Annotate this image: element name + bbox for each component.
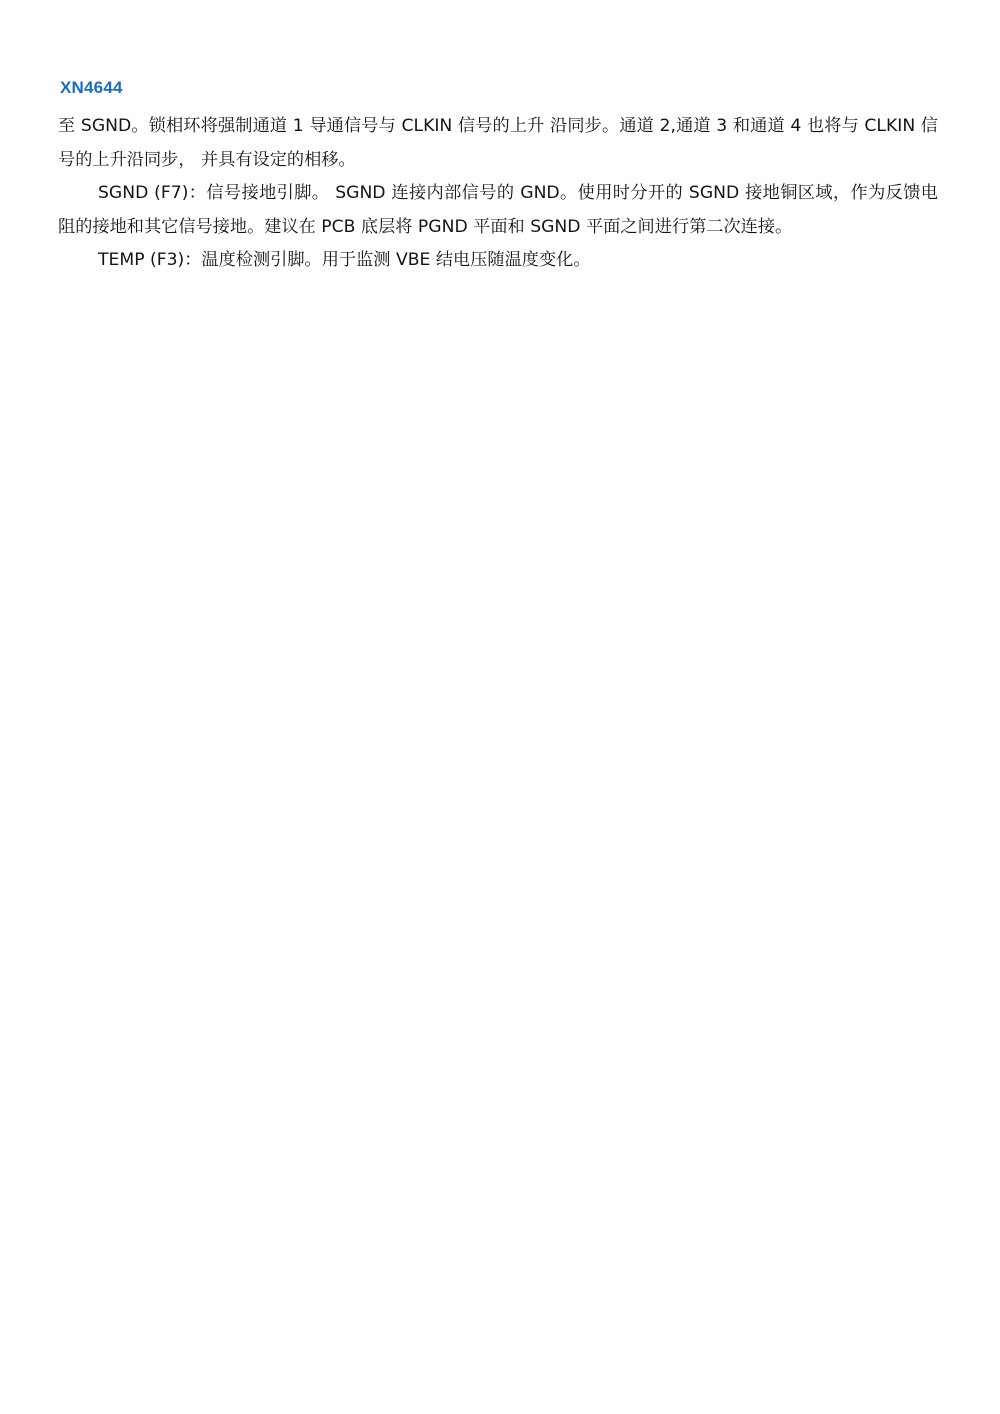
paragraph-sgnd-pin: SGND (F7)：信号接地引脚。 SGND 连接内部信号的 GND。使用时分开…: [58, 177, 938, 244]
pin-description-body: 至 SGND。锁相环将强制通道 1 导通信号与 CLKIN 信号的上升 沿同步。…: [58, 110, 938, 278]
document-page: XN4644 至 SGND。锁相环将强制通道 1 导通信号与 CLKIN 信号的…: [0, 0, 1000, 1414]
paragraph-temp-pin: TEMP (F3)：温度检测引脚。用于监测 VBE 结电压随温度变化。: [58, 244, 938, 278]
part-number-header: XN4644: [60, 78, 123, 98]
paragraph-clkin-continued: 至 SGND。锁相环将强制通道 1 导通信号与 CLKIN 信号的上升 沿同步。…: [58, 110, 938, 177]
